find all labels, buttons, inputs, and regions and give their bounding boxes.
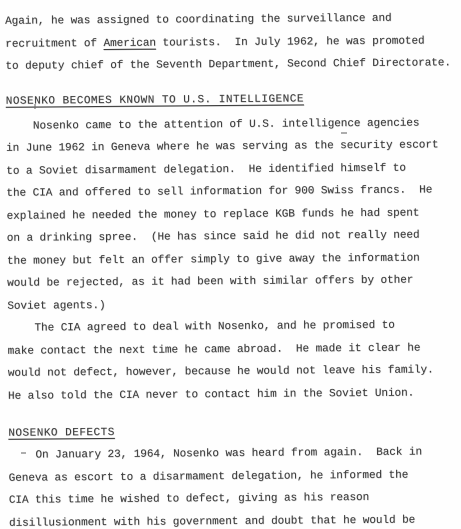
underlined-word-american: American: [103, 37, 156, 49]
text-line: in June 1962 in Geneva where he was serv…: [6, 134, 456, 160]
text-line: on a drinking spree. (He has since said …: [7, 224, 457, 250]
text-line: He also told the CIA never to contact hi…: [8, 382, 458, 408]
document-page: Again, he was assigned to coordinating t…: [0, 0, 461, 529]
text-segment: recruitment of: [5, 37, 103, 50]
text-line: On January 23, 1964, Nosenko was heard f…: [8, 441, 458, 467]
text-line: would not defect, however, because he wo…: [8, 359, 458, 385]
text-line: the CIA and offered to sell information …: [6, 179, 456, 205]
text-line: to deputy chief of the Seventh Departmen…: [5, 52, 455, 78]
scan-artifact: [341, 132, 347, 134]
text-line: Again, he was assigned to coordinating t…: [5, 7, 455, 33]
section-heading-nosenko-becomes-known: NOSENKO BECOMES KNOWN TO U.S. INTELLIGEN…: [6, 87, 456, 113]
text-line: The CIA agreed to deal with Nosenko, and…: [7, 314, 457, 340]
text-line: disillusionment with his government and …: [9, 509, 459, 529]
text-line: would be rejected, as it had been with s…: [7, 269, 457, 295]
document-content: Again, he was assigned to coordinating t…: [0, 0, 461, 529]
scan-artifact: [34, 104, 36, 109]
text-segment: tourists. In July 1962, he was promoted: [156, 35, 425, 49]
text-line: Geneva as escort to a disarmament delega…: [9, 464, 459, 490]
scan-artifact: [21, 452, 26, 454]
